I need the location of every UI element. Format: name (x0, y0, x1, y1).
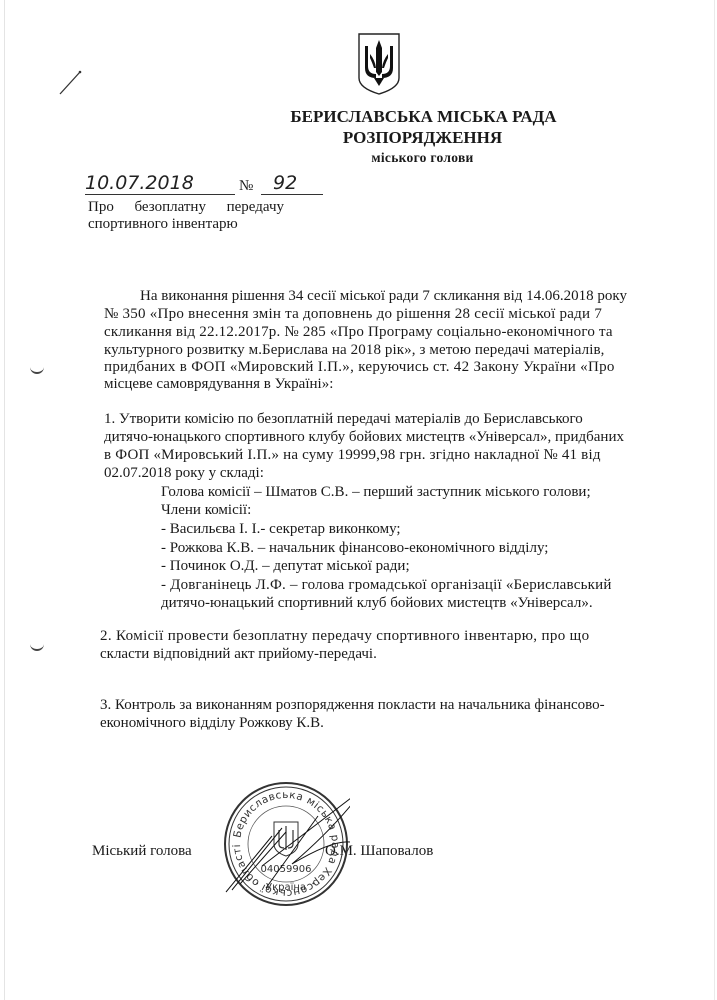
preamble-line: місцеве самоврядування в Україні»: (104, 376, 333, 393)
date-number-row: 10.07.2018 № 92 (85, 172, 325, 196)
member-item: - Васильєва І. І.- секретар виконкому; (161, 521, 401, 538)
coat-of-arms-icon (357, 32, 401, 96)
subject-line-2: спортивного інвентарю (88, 216, 238, 233)
svg-text:04059906: 04059906 (261, 864, 312, 875)
item2-line: 2. Комісії провести безоплатну передачу … (100, 628, 589, 645)
preamble-line: № 350 «Про внесення змін та доповнень до… (104, 306, 602, 323)
number-label: № (239, 178, 253, 195)
member-item: - Рожкова К.В. – начальник фінансово-еко… (161, 540, 548, 557)
item2-line: скласти відповідний акт прийому-передачі… (100, 646, 377, 663)
issuer: міського голови (0, 150, 717, 166)
item1-line: 1. Утворити комісію по безоплатній перед… (104, 411, 583, 428)
signature-title: Міський голова (92, 843, 192, 860)
pen-mark (58, 66, 88, 96)
council-name: БЕРИСЛАВСЬКА МІСЬКА РАДА (0, 107, 717, 127)
svg-text:Україна: Україна (266, 882, 306, 893)
commission-chair: Голова комісії – Шматов С.В. – перший за… (161, 484, 591, 501)
document-date: 10.07.2018 (85, 172, 235, 195)
member-item: - Починок О.Д. – депутат міської ради; (161, 558, 410, 575)
preamble-line: скликання від 22.12.2017р. № 285 «Про Пр… (104, 324, 613, 341)
item3-line: економічного відділу Рожкову К.В. (100, 715, 324, 732)
item1-line: 02.07.2018 року у складі: (104, 465, 264, 482)
member-item: - Довганінець Л.Ф. – голова громадської … (161, 577, 612, 594)
preamble-line: культурного розвитку м.Берислава на 2018… (104, 342, 605, 359)
item1-line: дитячо-юнацького спортивного клубу бойов… (104, 429, 624, 446)
preamble-line: придбаних в ФОП «Мировский І.П.», керуюч… (104, 359, 615, 376)
members-label: Члени комісії: (161, 502, 251, 519)
document-type: РОЗПОРЯДЖЕННЯ (0, 128, 717, 148)
preamble-line: На виконання рішення 34 сесії міської ра… (140, 288, 627, 305)
subject-line-1: Про безоплатну передачу (88, 199, 284, 216)
punch-hole-mark (30, 364, 44, 374)
item3-line: 3. Контроль за виконанням розпорядження … (100, 697, 605, 714)
document-number: 92 (261, 172, 323, 195)
official-stamp: Бериславська міська рада Херсонської обл… (222, 780, 350, 908)
punch-hole-mark (30, 641, 44, 651)
item1-line: в ФОП «Мировський І.П.» на суму 19999,98… (104, 447, 601, 464)
member-item: дитячо-юнацький спортивний клуб бойових … (161, 595, 593, 612)
